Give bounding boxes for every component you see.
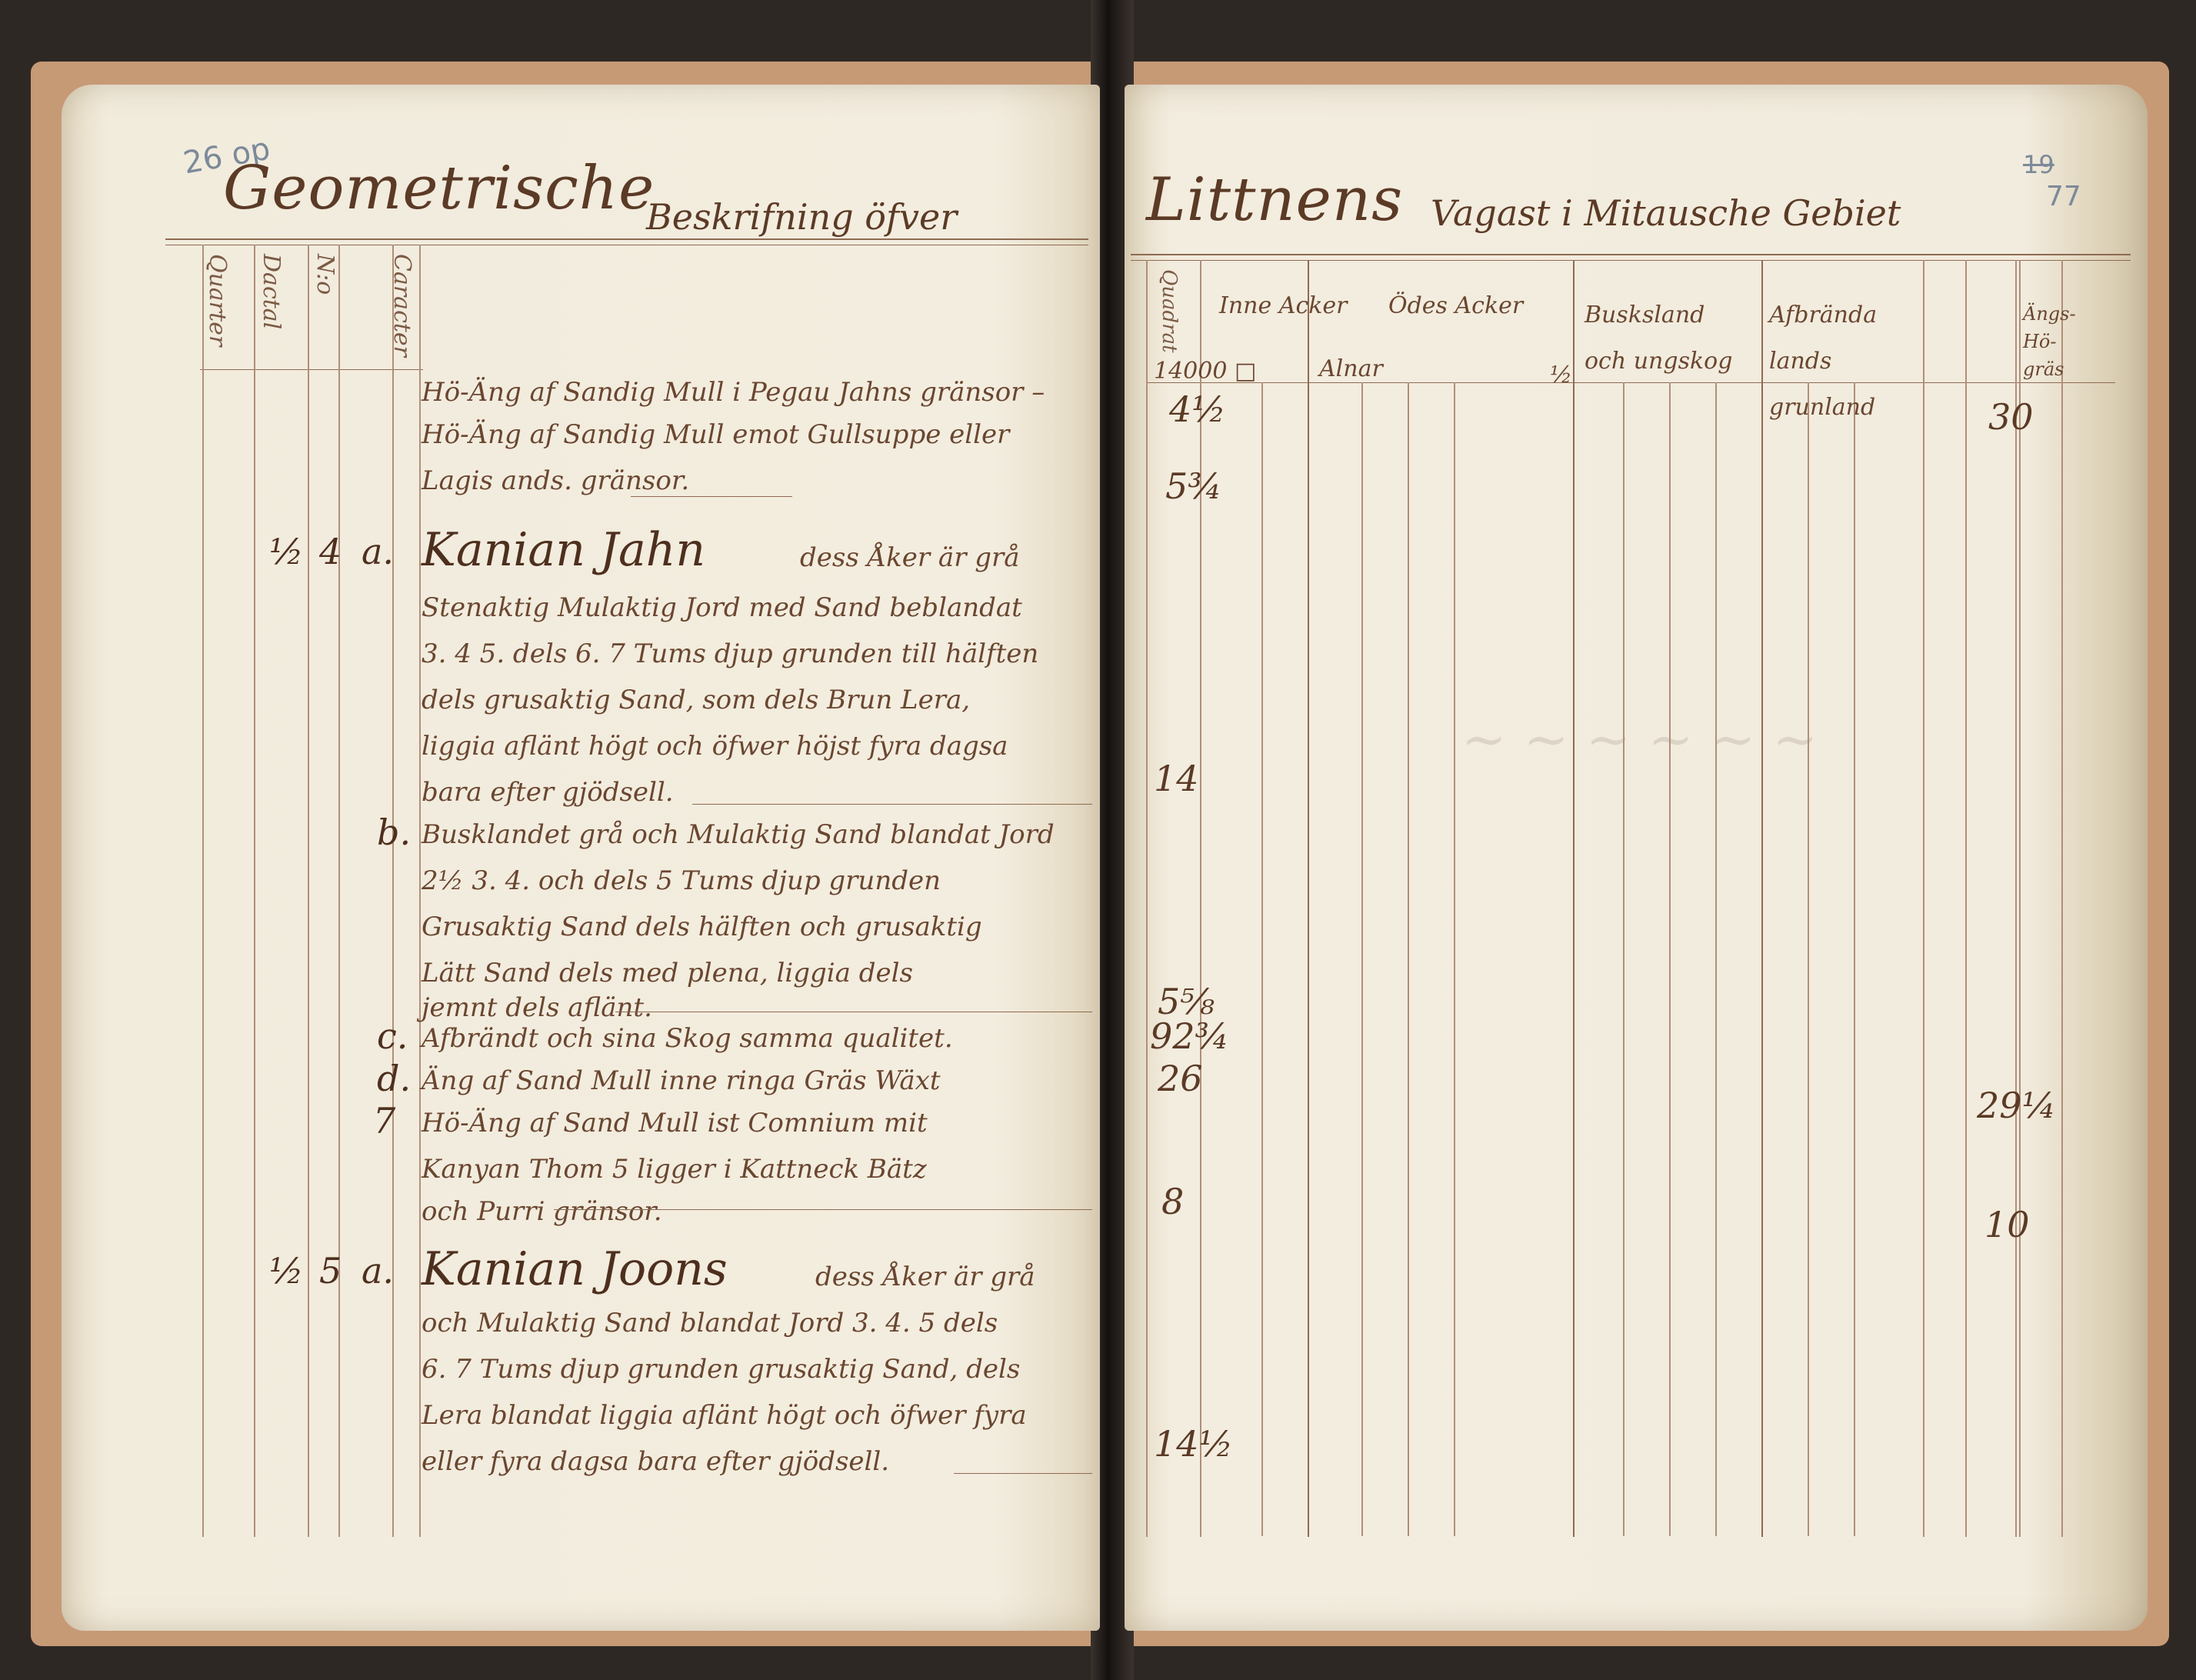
entry-letter: a. <box>362 1250 394 1292</box>
value-quadrat: 26 <box>1158 1058 1203 1099</box>
column-line <box>392 245 394 1537</box>
header-rule-2 <box>165 245 1088 245</box>
entry-number: 5 <box>319 1250 342 1292</box>
units-acker: Alnar <box>1319 355 1383 382</box>
col-header-dactal: Dactal <box>258 254 285 329</box>
value-quadrat: 8 <box>1161 1181 1184 1222</box>
col-header-odes-acker: Ödes Acker <box>1388 292 1523 319</box>
col-header-quarter: Quarter <box>204 254 231 346</box>
header-rule <box>1131 254 2131 255</box>
value-quadrat: 92¾ <box>1150 1015 1229 1057</box>
entry-number: 4 <box>319 531 342 572</box>
column-line <box>419 245 421 1537</box>
value-hogras: 10 <box>1984 1204 2030 1245</box>
value-quadrat: 14½ <box>1154 1423 1233 1465</box>
column-line <box>338 245 340 1537</box>
value-quadrat: 4½ <box>1169 388 1226 430</box>
units-slash: ½ <box>1550 362 1572 388</box>
value-quadrat: 14 <box>1154 758 1199 799</box>
col-header-afbranda: Afbrända lands grunland <box>1769 292 1923 431</box>
entry-letter: 7 <box>373 1100 395 1142</box>
col-header-no: N:o <box>312 254 338 295</box>
page-title-left: Geometrische <box>223 154 655 223</box>
column-line <box>254 245 255 1537</box>
column-line <box>308 245 309 1537</box>
folio-number: 77 <box>2046 181 2081 212</box>
header-bottom-rule <box>200 369 423 370</box>
quarter-value: ½ <box>269 531 304 572</box>
page-title-left-cont: Beskrifning öfver <box>646 196 957 238</box>
units-quadrat: 14000 □ <box>1154 358 1256 385</box>
col-header-hogras: Ängs- Hö-gräs <box>2023 300 2069 383</box>
value-hogras: 29¼ <box>1977 1085 2056 1126</box>
page-title-right: Littnens <box>1146 165 1403 235</box>
value-quadrat: 5¾ <box>1165 465 1222 507</box>
entry-letter: a. <box>362 531 394 572</box>
entry-letter: d. <box>377 1058 411 1099</box>
col-header-quadrat: Quadrat <box>1158 269 1181 353</box>
value-hogras: 30 <box>1988 396 2034 438</box>
entry-heading: Kanian Joons <box>422 1242 728 1296</box>
entry-letter: b. <box>377 812 411 853</box>
col-header-busksland: Busksland och ungskog <box>1585 292 1754 385</box>
header-rule <box>165 238 1088 240</box>
quarter-value: ½ <box>269 1250 304 1292</box>
bleed-through-text: ~ ~ ~ ~ ~ ~ <box>1461 708 1818 771</box>
entry-letter: c. <box>377 1015 408 1057</box>
col-header-inne-acker: Inne Acker <box>1219 292 1348 319</box>
col-header-caracter: Caracter <box>388 254 415 357</box>
column-line <box>202 245 204 1537</box>
entry-heading: Kanian Jahn <box>422 523 705 577</box>
page-title-right-cont: Vagast i Mitausche Gebiet <box>1431 192 1901 234</box>
folio-pencil: 19 <box>2023 150 2054 179</box>
